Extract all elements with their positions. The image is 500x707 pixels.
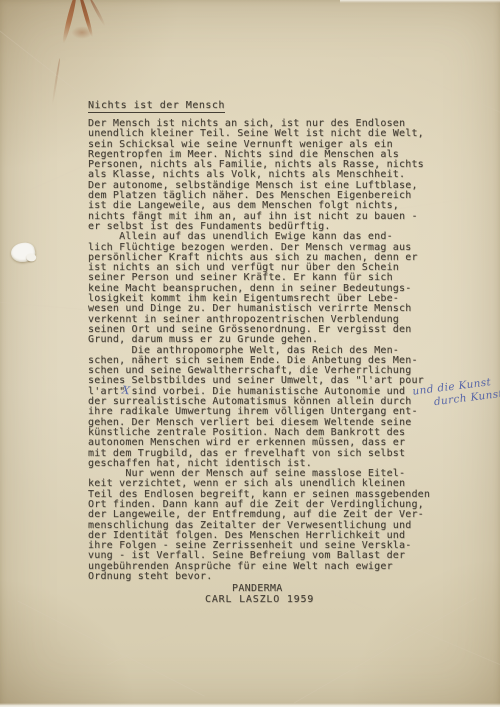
handwritten-x-mark: X: [121, 384, 131, 398]
imprint-publisher: PANDERMA: [232, 583, 283, 594]
scanned-typewritten-page: Nichts ist der Mensch Der Mensch ist nic…: [0, 0, 500, 707]
imprint-author-year: CARL LASZLO 1959: [205, 594, 314, 605]
scan-edge-artifact: [340, 0, 500, 3]
text-line: Ordnung steht bevor.: [88, 572, 430, 582]
rust-stain: [68, 24, 96, 41]
punch-hole: [9, 241, 36, 265]
text-line: Grund, darum muss er zu Grunde gehen.: [88, 335, 430, 345]
paper-crease: [0, 301, 85, 310]
paper-crease: [327, 591, 500, 666]
paper-crease: [294, 598, 476, 704]
scan-edge-artifact: [0, 703, 500, 707]
text-line: autonomen Menschen wird er erkennen müss…: [88, 438, 430, 448]
document-body: Der Mensch ist nichts an sich, ist nur d…: [88, 119, 430, 582]
paper-crease: [17, 600, 205, 696]
rust-stain: [89, 0, 107, 27]
paper-crease: [371, 55, 500, 117]
rust-stain: [51, 58, 60, 106]
document-title: Nichts ist der Mensch: [88, 100, 225, 113]
